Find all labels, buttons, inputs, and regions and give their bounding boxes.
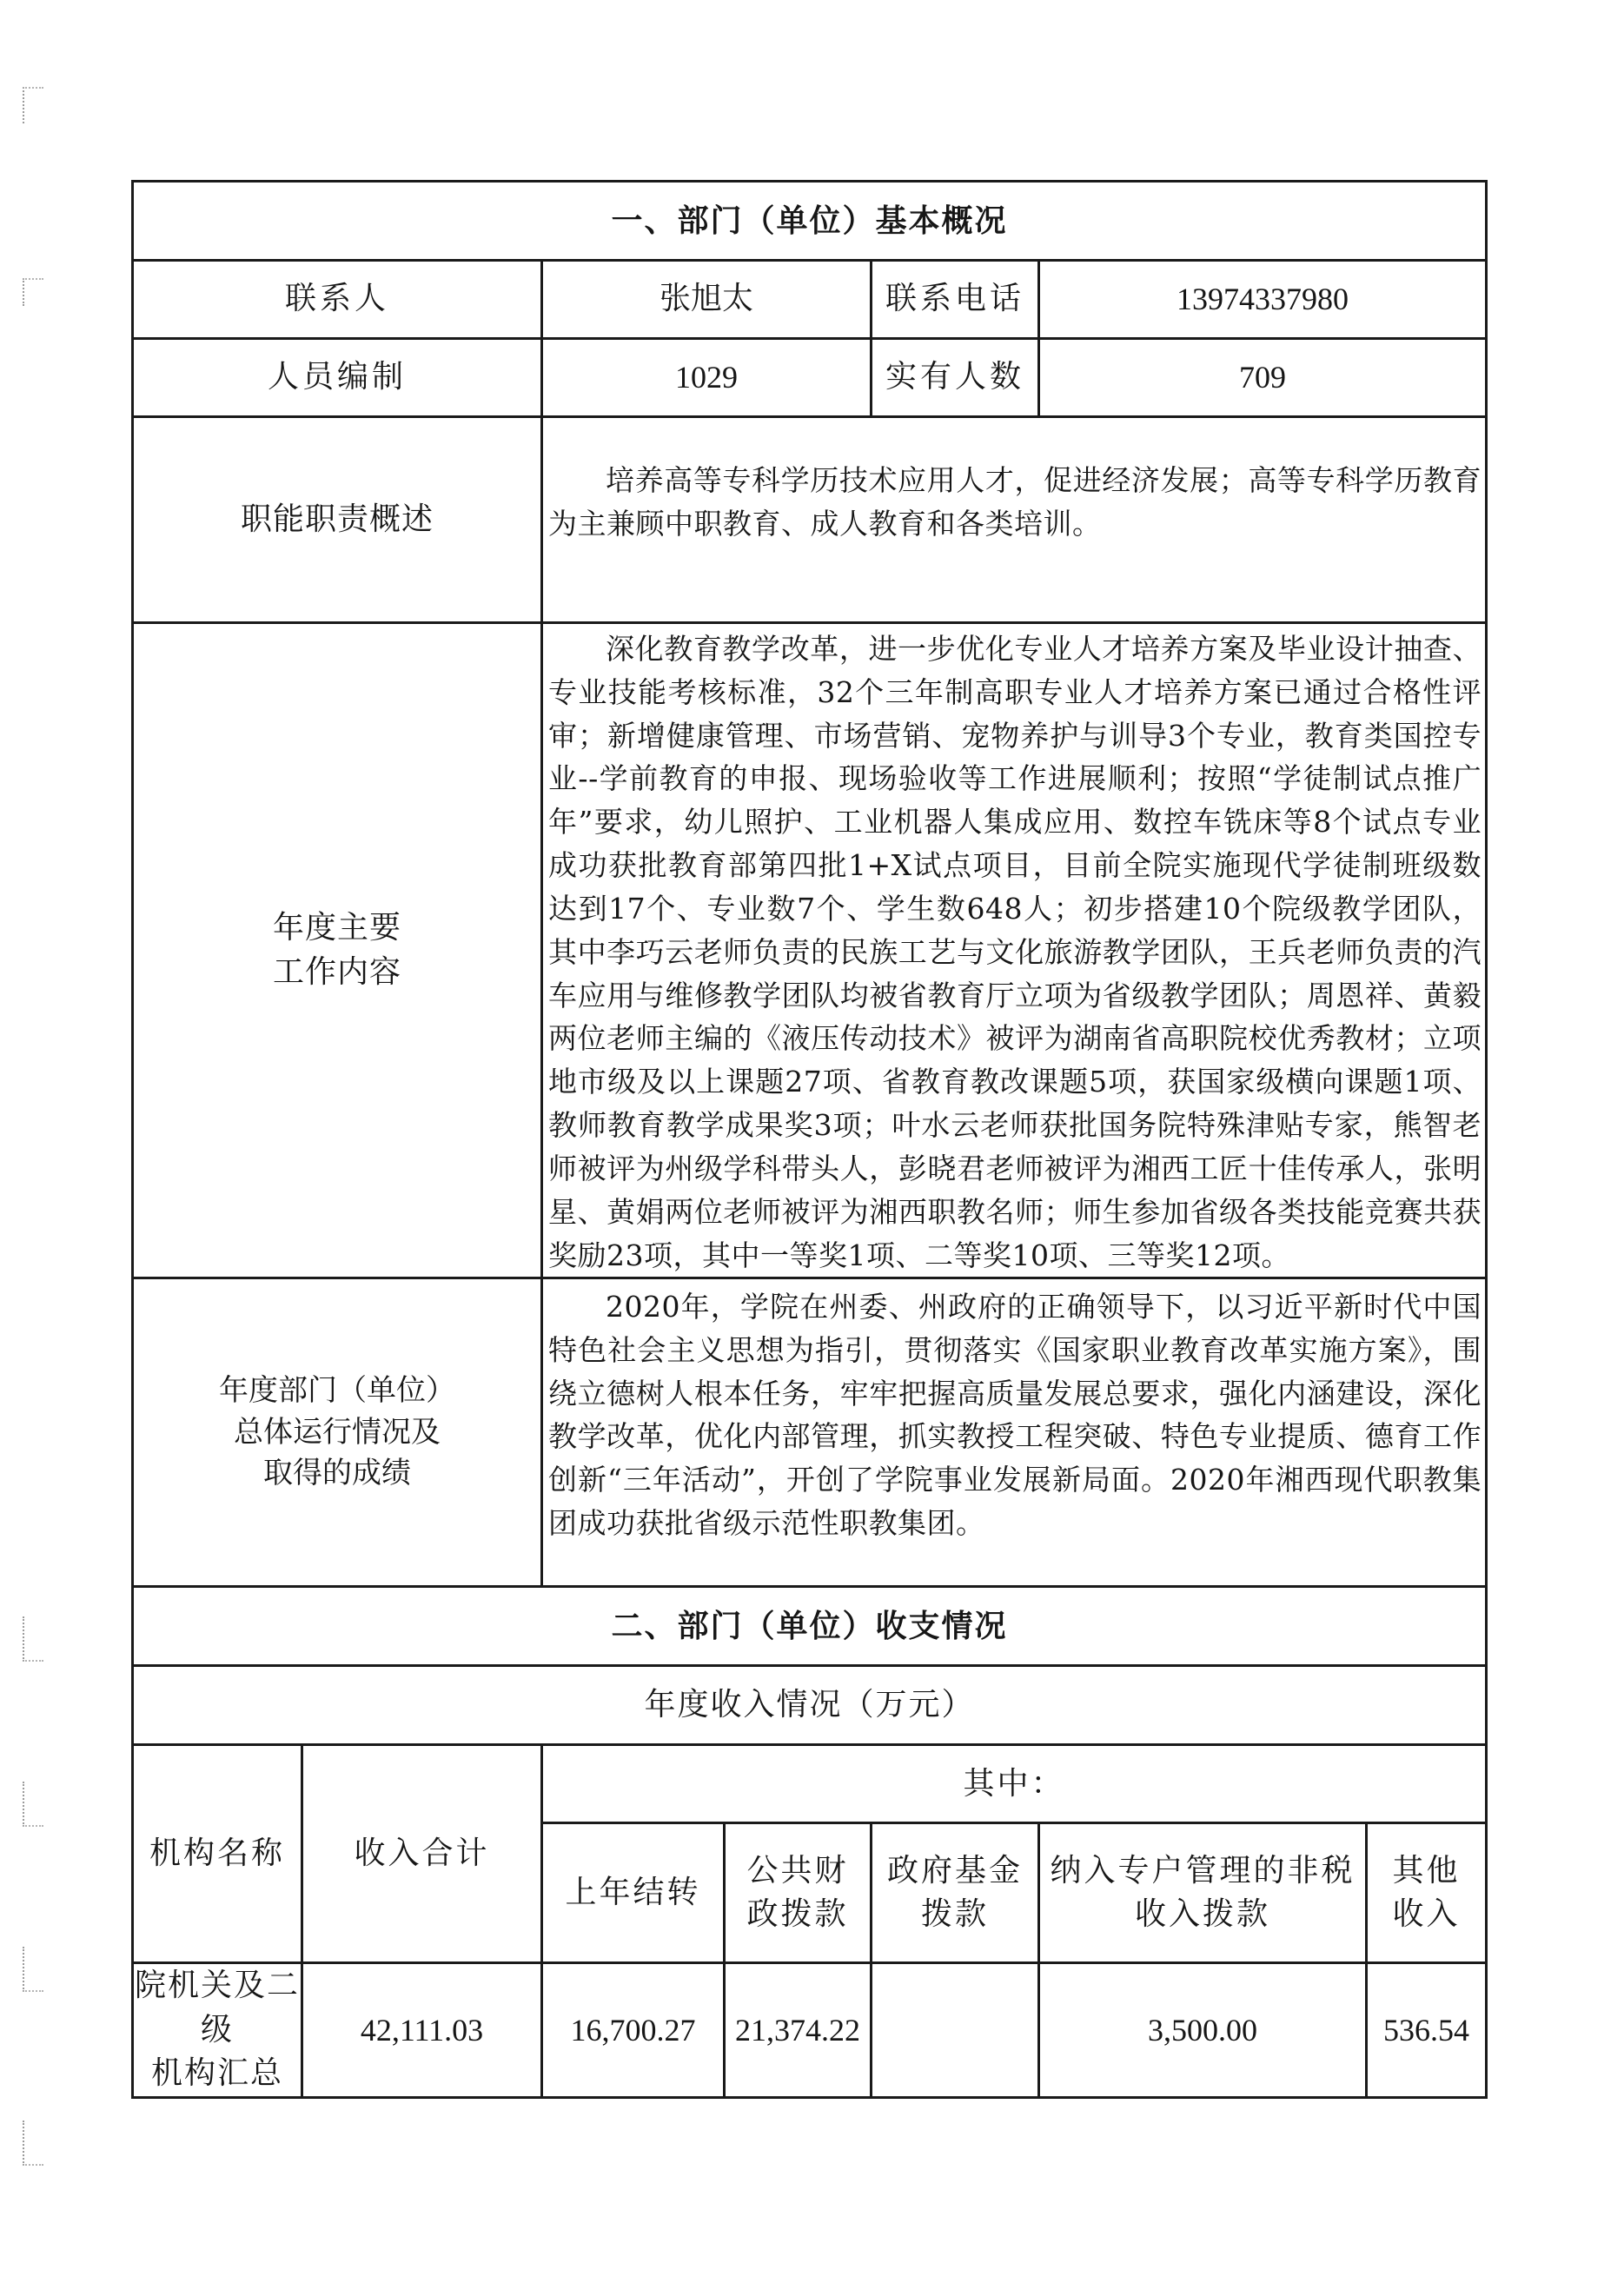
annual-work-label-line2: 工作内容 [134,951,540,994]
other-income-value: 536.54 [1367,1963,1487,2097]
header-gov-fund: 政府基金 拨款 [872,1823,1039,1963]
actual-headcount-value: 709 [1039,339,1487,417]
header-public-finance-line1: 公共财 [726,1849,870,1893]
header-non-tax-line1: 纳入专户管理的非税 [1040,1849,1365,1893]
header-gov-fund-line1: 政府基金 [872,1849,1037,1893]
org-name-line1: 院机关及二级 [134,1964,301,2052]
public-finance-value: 21,374.22 [725,1963,872,2097]
actual-headcount-label: 实有人数 [872,339,1039,417]
section1-title: 一、部门（单位）基本概况 [133,182,1487,261]
header-public-finance-line2: 政拨款 [726,1893,870,1936]
overall-label-line3: 取得的成绩 [134,1453,540,1495]
overall-label-line1: 年度部门（单位） [134,1371,540,1412]
annual-work-cell: 深化教育教学改革，进一步优化专业人才培养方案及毕业设计抽查、专业技能考核标准，3… [542,623,1487,1278]
contact-value: 张旭太 [542,261,872,339]
header-other-income: 其他 收入 [1367,1823,1487,1963]
scan-artifact [23,1782,43,1827]
carryover-value: 16,700.27 [542,1963,725,2097]
income-table-title: 年度收入情况（万元） [133,1666,1487,1745]
scan-artifact [23,1947,43,1992]
annual-work-text: 深化教育教学改革，进一步优化专业人才培养方案及毕业设计抽查、专业技能考核标准，3… [543,627,1485,1277]
total-income-value: 42,111.03 [302,1963,542,2097]
header-carryover: 上年结转 [542,1823,725,1963]
non-tax-value: 3,500.00 [1039,1963,1367,2097]
scan-artifact [23,87,43,123]
overall-operation-label: 年度部门（单位） 总体运行情况及 取得的成绩 [133,1278,542,1587]
header-other-income-line2: 收入 [1368,1893,1485,1936]
header-other-income-line1: 其他 [1368,1849,1485,1893]
header-of-which: 其中： [542,1745,1487,1823]
staffing-label: 人员编制 [133,339,542,417]
overall-label-line2: 总体运行情况及 [134,1412,540,1454]
org-name-line2: 机构汇总 [134,2052,301,2095]
phone-value: 13974337980 [1039,261,1487,339]
phone-label: 联系电话 [872,261,1039,339]
scan-artifact [23,2121,43,2166]
functions-label: 职能职责概述 [133,417,542,623]
functions-text: 培养高等专科学历技术应用人才，促进经济发展；高等专科学历教育为主兼顾中职教育、成… [543,459,1485,546]
header-public-finance: 公共财 政拨款 [725,1823,872,1963]
table-row: 院机关及二级 机构汇总 42,111.03 16,700.27 21,374.2… [133,1963,1487,2097]
staffing-value: 1029 [542,339,872,417]
header-non-tax: 纳入专户管理的非税 收入拨款 [1039,1823,1367,1963]
annual-work-label: 年度主要 工作内容 [133,623,542,1278]
org-name-cell: 院机关及二级 机构汇总 [133,1963,302,2097]
contact-label: 联系人 [133,261,542,339]
gov-fund-value [872,1963,1039,2097]
header-non-tax-line2: 收入拨款 [1040,1893,1365,1936]
scan-artifact [23,1616,43,1662]
overall-operation-text: 2020年，学院在州委、州政府的正确领导下，以习近平新时代中国特色社会主义思想为… [543,1285,1485,1545]
header-total-income: 收入合计 [302,1745,542,1963]
scan-artifact [23,278,43,306]
document-page: 一、部门（单位）基本概况 联系人 张旭太 联系电话 13974337980 人员… [0,0,1624,2290]
section2-title: 二、部门（单位）收支情况 [133,1587,1487,1666]
header-gov-fund-line2: 拨款 [872,1893,1037,1936]
overall-operation-cell: 2020年，学院在州委、州政府的正确领导下，以习近平新时代中国特色社会主义思想为… [542,1278,1487,1587]
header-org-name: 机构名称 [133,1745,302,1963]
functions-cell: 培养高等专科学历技术应用人才，促进经济发展；高等专科学历教育为主兼顾中职教育、成… [542,417,1487,623]
department-overview-form: 一、部门（单位）基本概况 联系人 张旭太 联系电话 13974337980 人员… [131,180,1488,2099]
annual-work-label-line1: 年度主要 [134,906,540,950]
